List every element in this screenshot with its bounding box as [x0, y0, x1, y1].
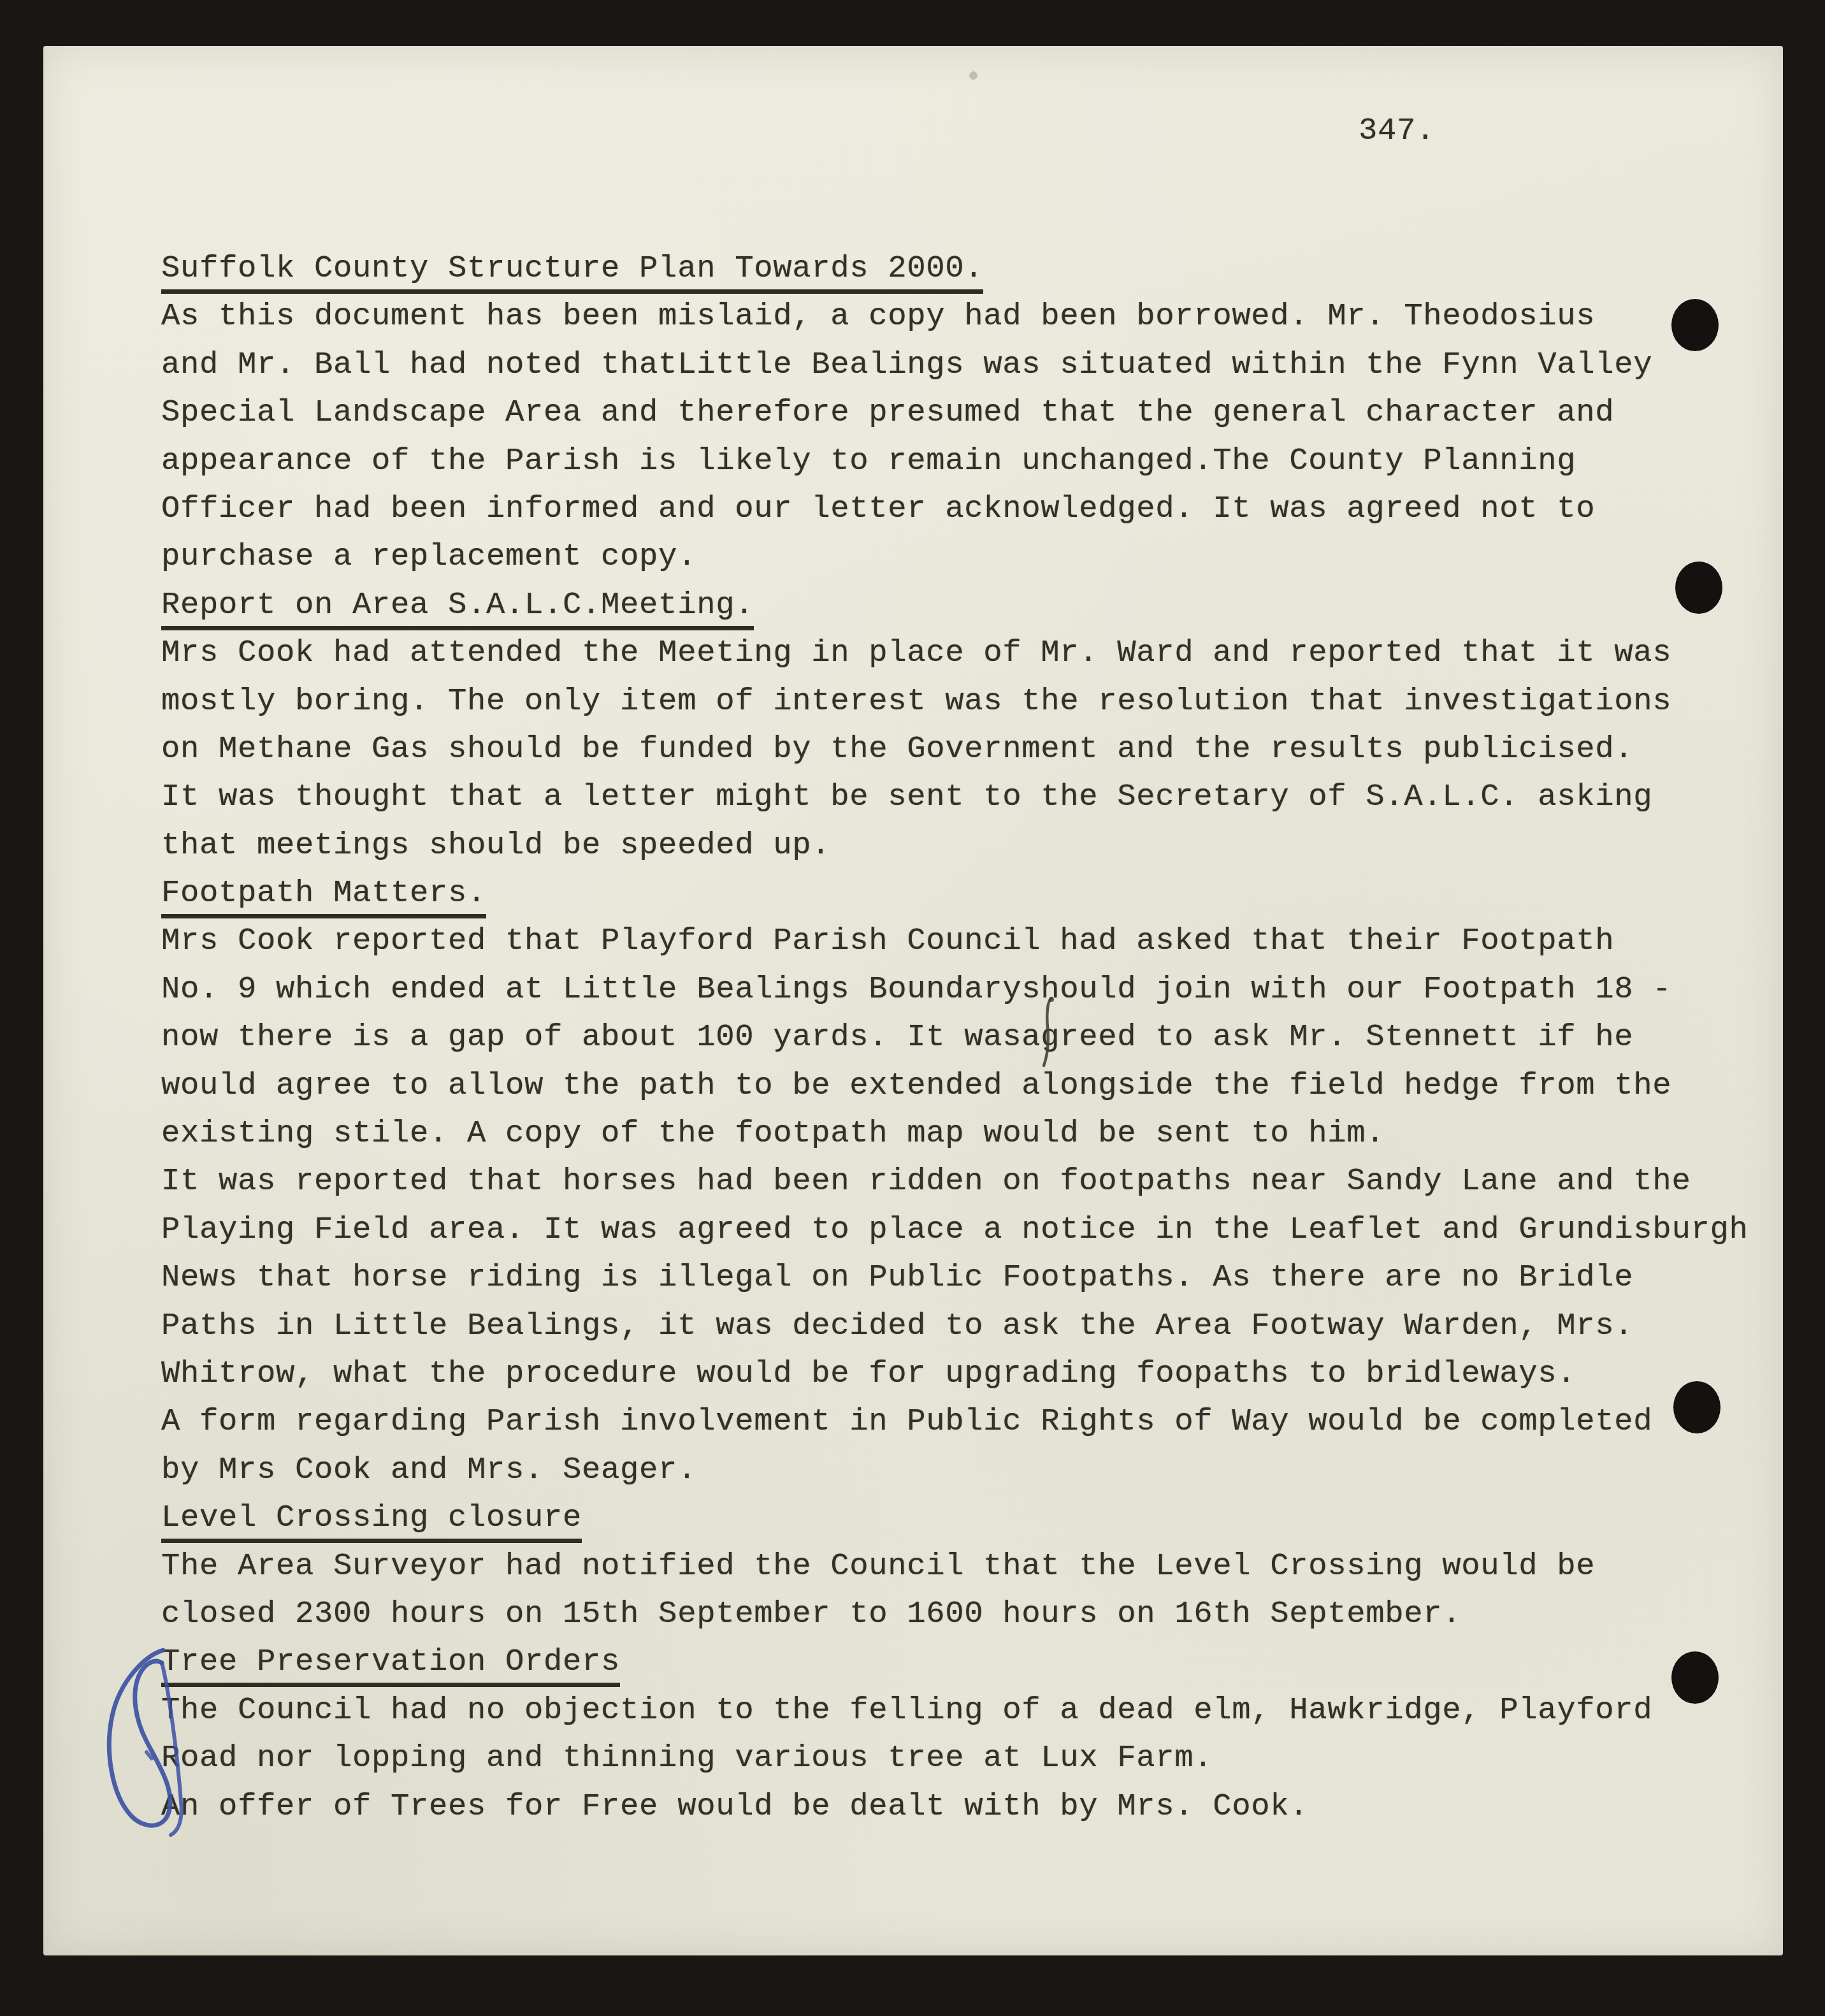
- hole-punch-icon: [1673, 1381, 1720, 1433]
- text-line: appearance of the Parish is likely to re…: [161, 437, 1780, 485]
- text-line: Whitrow, what the procedure would be for…: [161, 1350, 1780, 1398]
- page-number: 347.: [1359, 107, 1435, 155]
- text-line: purchase a replacement copy.: [161, 533, 1780, 581]
- section-level-crossing: Level Crossing closure The Area Surveyor…: [161, 1494, 1780, 1638]
- section-body: The Council had no objection to the fell…: [161, 1686, 1780, 1831]
- hole-punch-icon: [1671, 1651, 1719, 1704]
- section-structure-plan: Suffolk County Structure Plan Towards 20…: [161, 245, 1780, 581]
- text-line: An offer of Trees for Free would be deal…: [161, 1783, 1780, 1831]
- heading-text: Report on Area S.A.L.C.Meeting.: [161, 587, 754, 630]
- text-line: Mrs Cook had attended the Meeting in pla…: [161, 629, 1780, 677]
- text-line: Road nor lopping and thinning various tr…: [161, 1734, 1780, 1782]
- section-body: Mrs Cook reported that Playford Parish C…: [161, 917, 1780, 1494]
- hole-punch-icon: [1675, 562, 1722, 614]
- text-line: No. 9 which ended at Little Bealings Bou…: [161, 966, 1780, 1013]
- text-line: It was thought that a letter might be se…: [161, 773, 1780, 821]
- section-heading: Footpath Matters.: [161, 869, 1780, 917]
- heading-text: Footpath Matters.: [161, 875, 486, 918]
- text-line: existing stile. A copy of the footpath m…: [161, 1110, 1780, 1157]
- section-body: As this document has been mislaid, a cop…: [161, 293, 1780, 581]
- section-heading: Level Crossing closure: [161, 1494, 1780, 1542]
- heading-text: Tree Preservation Orders: [161, 1644, 620, 1687]
- text-line: closed 2300 hours on 15th September to 1…: [161, 1590, 1780, 1638]
- handwritten-caret-mark: [1032, 994, 1064, 1071]
- document-page: 347. Suffolk County Structure Plan Towar…: [43, 46, 1783, 1955]
- typewritten-text-block: Suffolk County Structure Plan Towards 20…: [161, 245, 1780, 1831]
- section-heading: Report on Area S.A.L.C.Meeting.: [161, 581, 1780, 629]
- section-footpath-matters: Footpath Matters. Mrs Cook reported that…: [161, 869, 1780, 1494]
- text-line: Officer had been informed and our letter…: [161, 485, 1780, 533]
- text-line: Mrs Cook reported that Playford Parish C…: [161, 917, 1780, 965]
- section-body: Mrs Cook had attended the Meeting in pla…: [161, 629, 1780, 869]
- text-line: Special Landscape Area and therefore pre…: [161, 389, 1780, 437]
- text-line: would agree to allow the path to be exte…: [161, 1062, 1780, 1110]
- text-line: As this document has been mislaid, a cop…: [161, 293, 1780, 340]
- text-line: and Mr. Ball had noted thatLittle Bealin…: [161, 341, 1780, 389]
- scanned-minutes-page: { "page": { "page_number": "347." }, "co…: [0, 0, 1825, 2016]
- paper-blemish-dot: [969, 71, 977, 80]
- section-salc-meeting: Report on Area S.A.L.C.Meeting. Mrs Cook…: [161, 581, 1780, 869]
- text-line: The Area Surveyor had notified the Counc…: [161, 1542, 1780, 1590]
- section-heading: Tree Preservation Orders: [161, 1638, 1780, 1686]
- section-heading: Suffolk County Structure Plan Towards 20…: [161, 245, 1780, 293]
- text-line: News that horse riding is illegal on Pub…: [161, 1254, 1780, 1302]
- blue-pen-loop-mark: [56, 1611, 228, 1859]
- text-line: It was reported that horses had been rid…: [161, 1157, 1780, 1205]
- text-line: Paths in Little Bealings, it was decided…: [161, 1302, 1780, 1350]
- section-body: The Area Surveyor had notified the Counc…: [161, 1542, 1780, 1639]
- text-line: Playing Field area. It was agreed to pla…: [161, 1206, 1780, 1254]
- heading-text: Level Crossing closure: [161, 1500, 582, 1543]
- section-tree-preservation: Tree Preservation Orders The Council had…: [161, 1638, 1780, 1831]
- text-line: by Mrs Cook and Mrs. Seager.: [161, 1446, 1780, 1494]
- text-line: mostly boring. The only item of interest…: [161, 678, 1780, 725]
- hole-punch-icon: [1671, 299, 1719, 351]
- text-line: that meetings should be speeded up.: [161, 822, 1780, 869]
- heading-text: Suffolk County Structure Plan Towards 20…: [161, 250, 983, 294]
- text-line: A form regarding Parish involvement in P…: [161, 1398, 1780, 1446]
- text-line: on Methane Gas should be funded by the G…: [161, 725, 1780, 773]
- text-line: now there is a gap of about 100 yards. I…: [161, 1013, 1780, 1061]
- text-line: The Council had no objection to the fell…: [161, 1686, 1780, 1734]
